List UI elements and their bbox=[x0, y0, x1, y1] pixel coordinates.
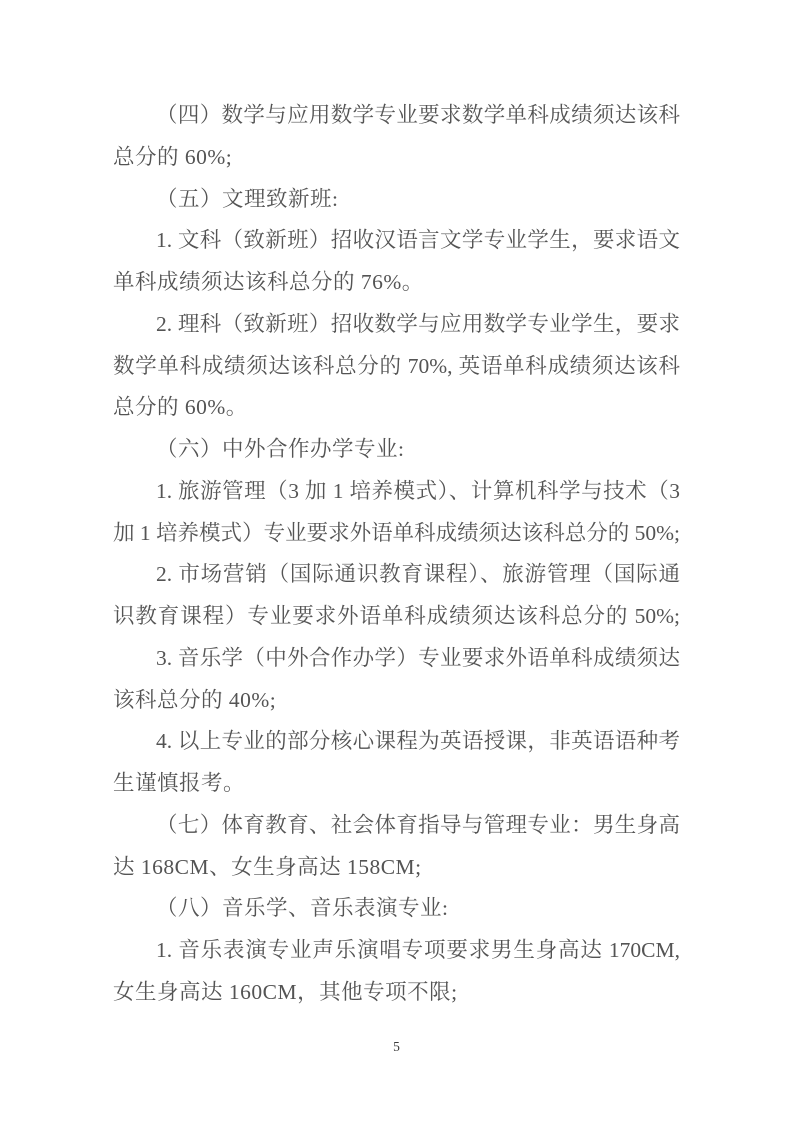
text-line: 达 168CM、女生身高达 158CM; bbox=[113, 847, 680, 889]
text-line: 生谨慎报考。 bbox=[113, 763, 680, 805]
text-line: 4. 以上专业的部分核心课程为英语授课，非英语语种考 bbox=[113, 721, 680, 763]
text-line: 加 1 培养模式）专业要求外语单科成绩须达该科总分的 50%; bbox=[113, 513, 680, 555]
text-line: 女生身高达 160CM，其他专项不限; bbox=[113, 972, 680, 1014]
text-line: 总分的 60%; bbox=[113, 137, 680, 179]
text-line: （五）文理致新班: bbox=[113, 179, 680, 221]
text-line: 单科成绩须达该科总分的 76%。 bbox=[113, 262, 680, 304]
text-line: （六）中外合作办学专业: bbox=[113, 429, 680, 471]
text-line: （四）数学与应用数学专业要求数学单科成绩须达该科 bbox=[113, 95, 680, 137]
document-page: （四）数学与应用数学专业要求数学单科成绩须达该科总分的 60%;（五）文理致新班… bbox=[0, 0, 793, 1122]
text-line: 2. 市场营销（国际通识教育课程）、旅游管理（国际通 bbox=[113, 554, 680, 596]
page-number: 5 bbox=[0, 1039, 793, 1055]
text-line: （七）体育教育、社会体育指导与管理专业：男生身高 bbox=[113, 805, 680, 847]
text-line: 1. 旅游管理（3 加 1 培养模式）、计算机科学与技术（3 bbox=[113, 471, 680, 513]
text-line: 该科总分的 40%; bbox=[113, 680, 680, 722]
document-body: （四）数学与应用数学专业要求数学单科成绩须达该科总分的 60%;（五）文理致新班… bbox=[113, 95, 680, 1014]
text-line: 数学单科成绩须达该科总分的 70%, 英语单科成绩须达该科 bbox=[113, 346, 680, 388]
text-line: 3. 音乐学（中外合作办学）专业要求外语单科成绩须达 bbox=[113, 638, 680, 680]
text-line: （八）音乐学、音乐表演专业: bbox=[113, 888, 680, 930]
text-line: 2. 理科（致新班）招收数学与应用数学专业学生，要求 bbox=[113, 304, 680, 346]
text-line: 1. 文科（致新班）招收汉语言文学专业学生，要求语文 bbox=[113, 220, 680, 262]
text-line: 1. 音乐表演专业声乐演唱专项要求男生身高达 170CM, bbox=[113, 930, 680, 972]
text-line: 总分的 60%。 bbox=[113, 387, 680, 429]
text-line: 识教育课程）专业要求外语单科成绩须达该科总分的 50%; bbox=[113, 596, 680, 638]
